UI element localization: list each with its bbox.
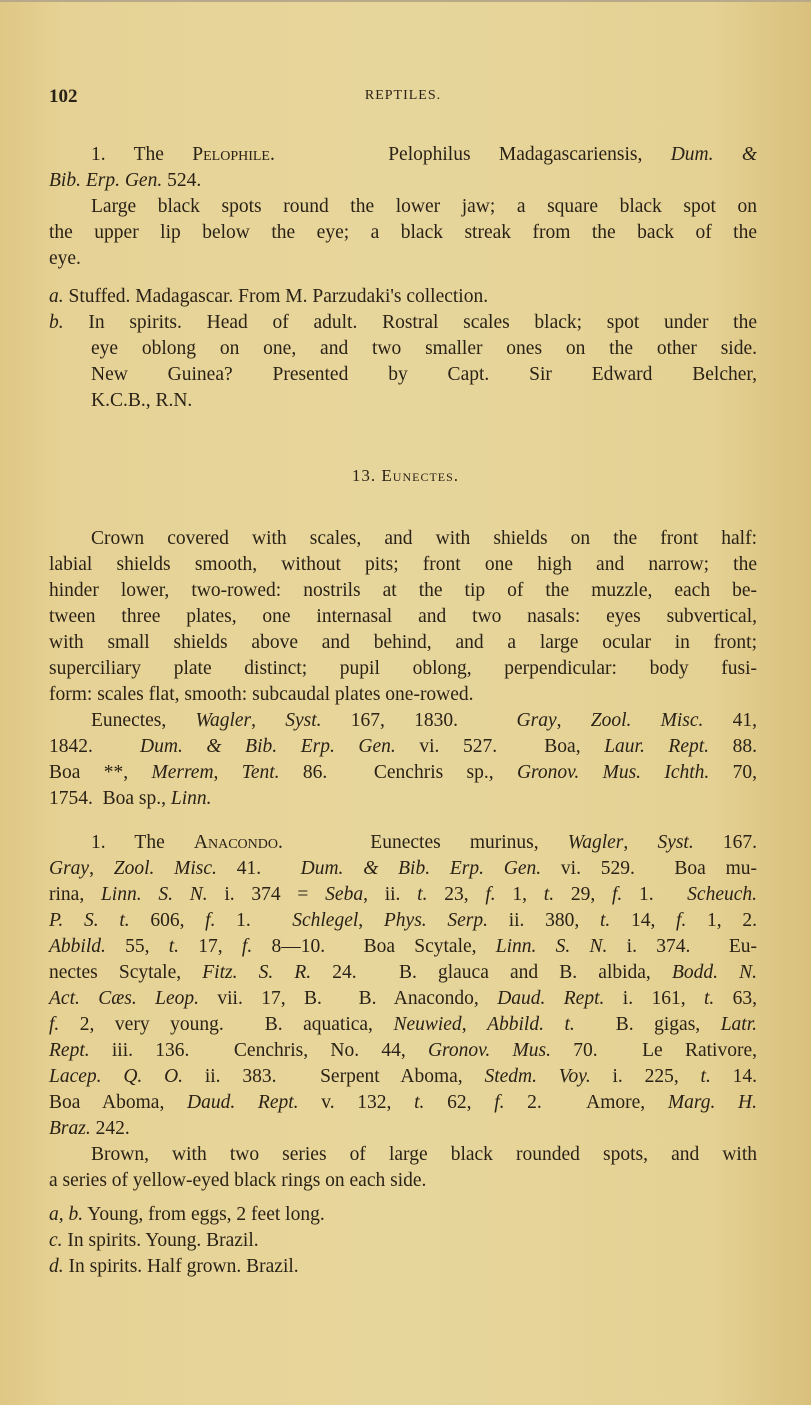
anacondo-synonymy-2: Gray, Zool. Misc. 41. Dum. & Bib. Erp. G… bbox=[49, 856, 757, 882]
anacondo-description-2: a series of yellow-eyed black rings on e… bbox=[49, 1168, 757, 1194]
specimen-a: a. Stuffed. Madagascar. From M. Parzudak… bbox=[49, 284, 757, 310]
anacondo-synonymy-8: f. 2, very young. B. aquatica, Neuwied, … bbox=[49, 1012, 757, 1038]
pelophile-title-line: 1. The Pelophile. Pelophilus Madagascari… bbox=[49, 142, 757, 168]
anacondo-synonymy-11: Boa Aboma, Daud. Rept. v. 132, t. 62, f.… bbox=[49, 1090, 757, 1116]
genus-description-6: superciliary plate distinct; pupil oblon… bbox=[49, 656, 757, 682]
specimen-b-cont-2: New Guinea? Presented by Capt. Sir Edwar… bbox=[49, 362, 757, 388]
specimen-b-cont-1: eye oblong on one, and two smaller ones … bbox=[49, 336, 757, 362]
genus-description-5: with small shields above and behind, and… bbox=[49, 630, 757, 656]
anacondo-synonymy-9: Rept. iii. 136. Cenchris, No. 44, Gronov… bbox=[49, 1038, 757, 1064]
genus-synonymy-3: Boa **, Merrem, Tent. 86. Cenchris sp., … bbox=[49, 760, 757, 786]
pelophile-reference: Bib. Erp. Gen. 524. bbox=[49, 168, 757, 194]
genus-description-4: tween three plates, one internasal and t… bbox=[49, 604, 757, 630]
page-header: 102 REPTILES. bbox=[49, 86, 757, 112]
anacondo-synonymy-12: Braz. 242. bbox=[49, 1116, 757, 1142]
genus-description-2: labial shields smooth, without pits; fro… bbox=[49, 552, 757, 578]
specimen-ab: a, b. Young, from eggs, 2 feet long. bbox=[49, 1202, 757, 1228]
anacondo-synonymy-7: Act. Cæs. Leop. vii. 17, B. B. Anacondo,… bbox=[49, 986, 757, 1012]
book-page: 102 REPTILES. 1. The Pelophile. Pelophil… bbox=[0, 0, 811, 1405]
running-title: REPTILES. bbox=[49, 88, 757, 104]
genus-synonymy-2: 1842. Dum. & Bib. Erp. Gen. vi. 527. Boa… bbox=[49, 734, 757, 760]
anacondo-synonymy-5: Abbild. 55, t. 17, f. 8—10. Boa Scytale,… bbox=[49, 934, 757, 960]
genus-description-1: Crown covered with scales, and with shie… bbox=[49, 526, 757, 552]
genus-synonymy-1: Eunectes, Wagler, Syst. 167, 1830. Gray,… bbox=[49, 708, 757, 734]
pelophile-description-2: the upper lip below the eye; a black str… bbox=[49, 220, 757, 246]
page-top-edge bbox=[0, 0, 811, 2]
anacondo-synonymy-3: rina, Linn. S. N. i. 374 = Seba, ii. t. … bbox=[49, 882, 757, 908]
specimen-b: b. In spirits. Head of adult. Rostral sc… bbox=[49, 310, 757, 336]
anacondo-synonymy-4: P. S. t. 606, f. 1. Schlegel, Phys. Serp… bbox=[49, 908, 757, 934]
pelophile-description-3: eye. bbox=[49, 246, 757, 272]
anacondo-synonymy-10: Lacep. Q. O. ii. 383. Serpent Aboma, Ste… bbox=[49, 1064, 757, 1090]
genus-description-7: form: scales flat, smooth: subcaudal pla… bbox=[49, 682, 757, 708]
anacondo-description-1: Brown, with two series of large black ro… bbox=[49, 1142, 757, 1168]
specimen-c: c. In spirits. Young. Brazil. bbox=[49, 1228, 757, 1254]
anacondo-synonymy-6: nectes Scytale, Fitz. S. R. 24. B. glauc… bbox=[49, 960, 757, 986]
specimen-b-cont-3: K.C.B., R.N. bbox=[49, 388, 757, 414]
anacondo-title-line: 1. The Anacondo. Eunectes murinus, Wagle… bbox=[49, 830, 757, 856]
genus-description-3: hinder lower, two-rowed: nostrils at the… bbox=[49, 578, 757, 604]
genus-heading: 13. Eunectes. bbox=[0, 466, 811, 486]
pelophile-description-1: Large black spots round the lower jaw; a… bbox=[49, 194, 757, 220]
genus-synonymy-4: 1754. Boa sp., Linn. bbox=[49, 786, 757, 812]
specimen-d: d. In spirits. Half grown. Brazil. bbox=[49, 1254, 757, 1280]
